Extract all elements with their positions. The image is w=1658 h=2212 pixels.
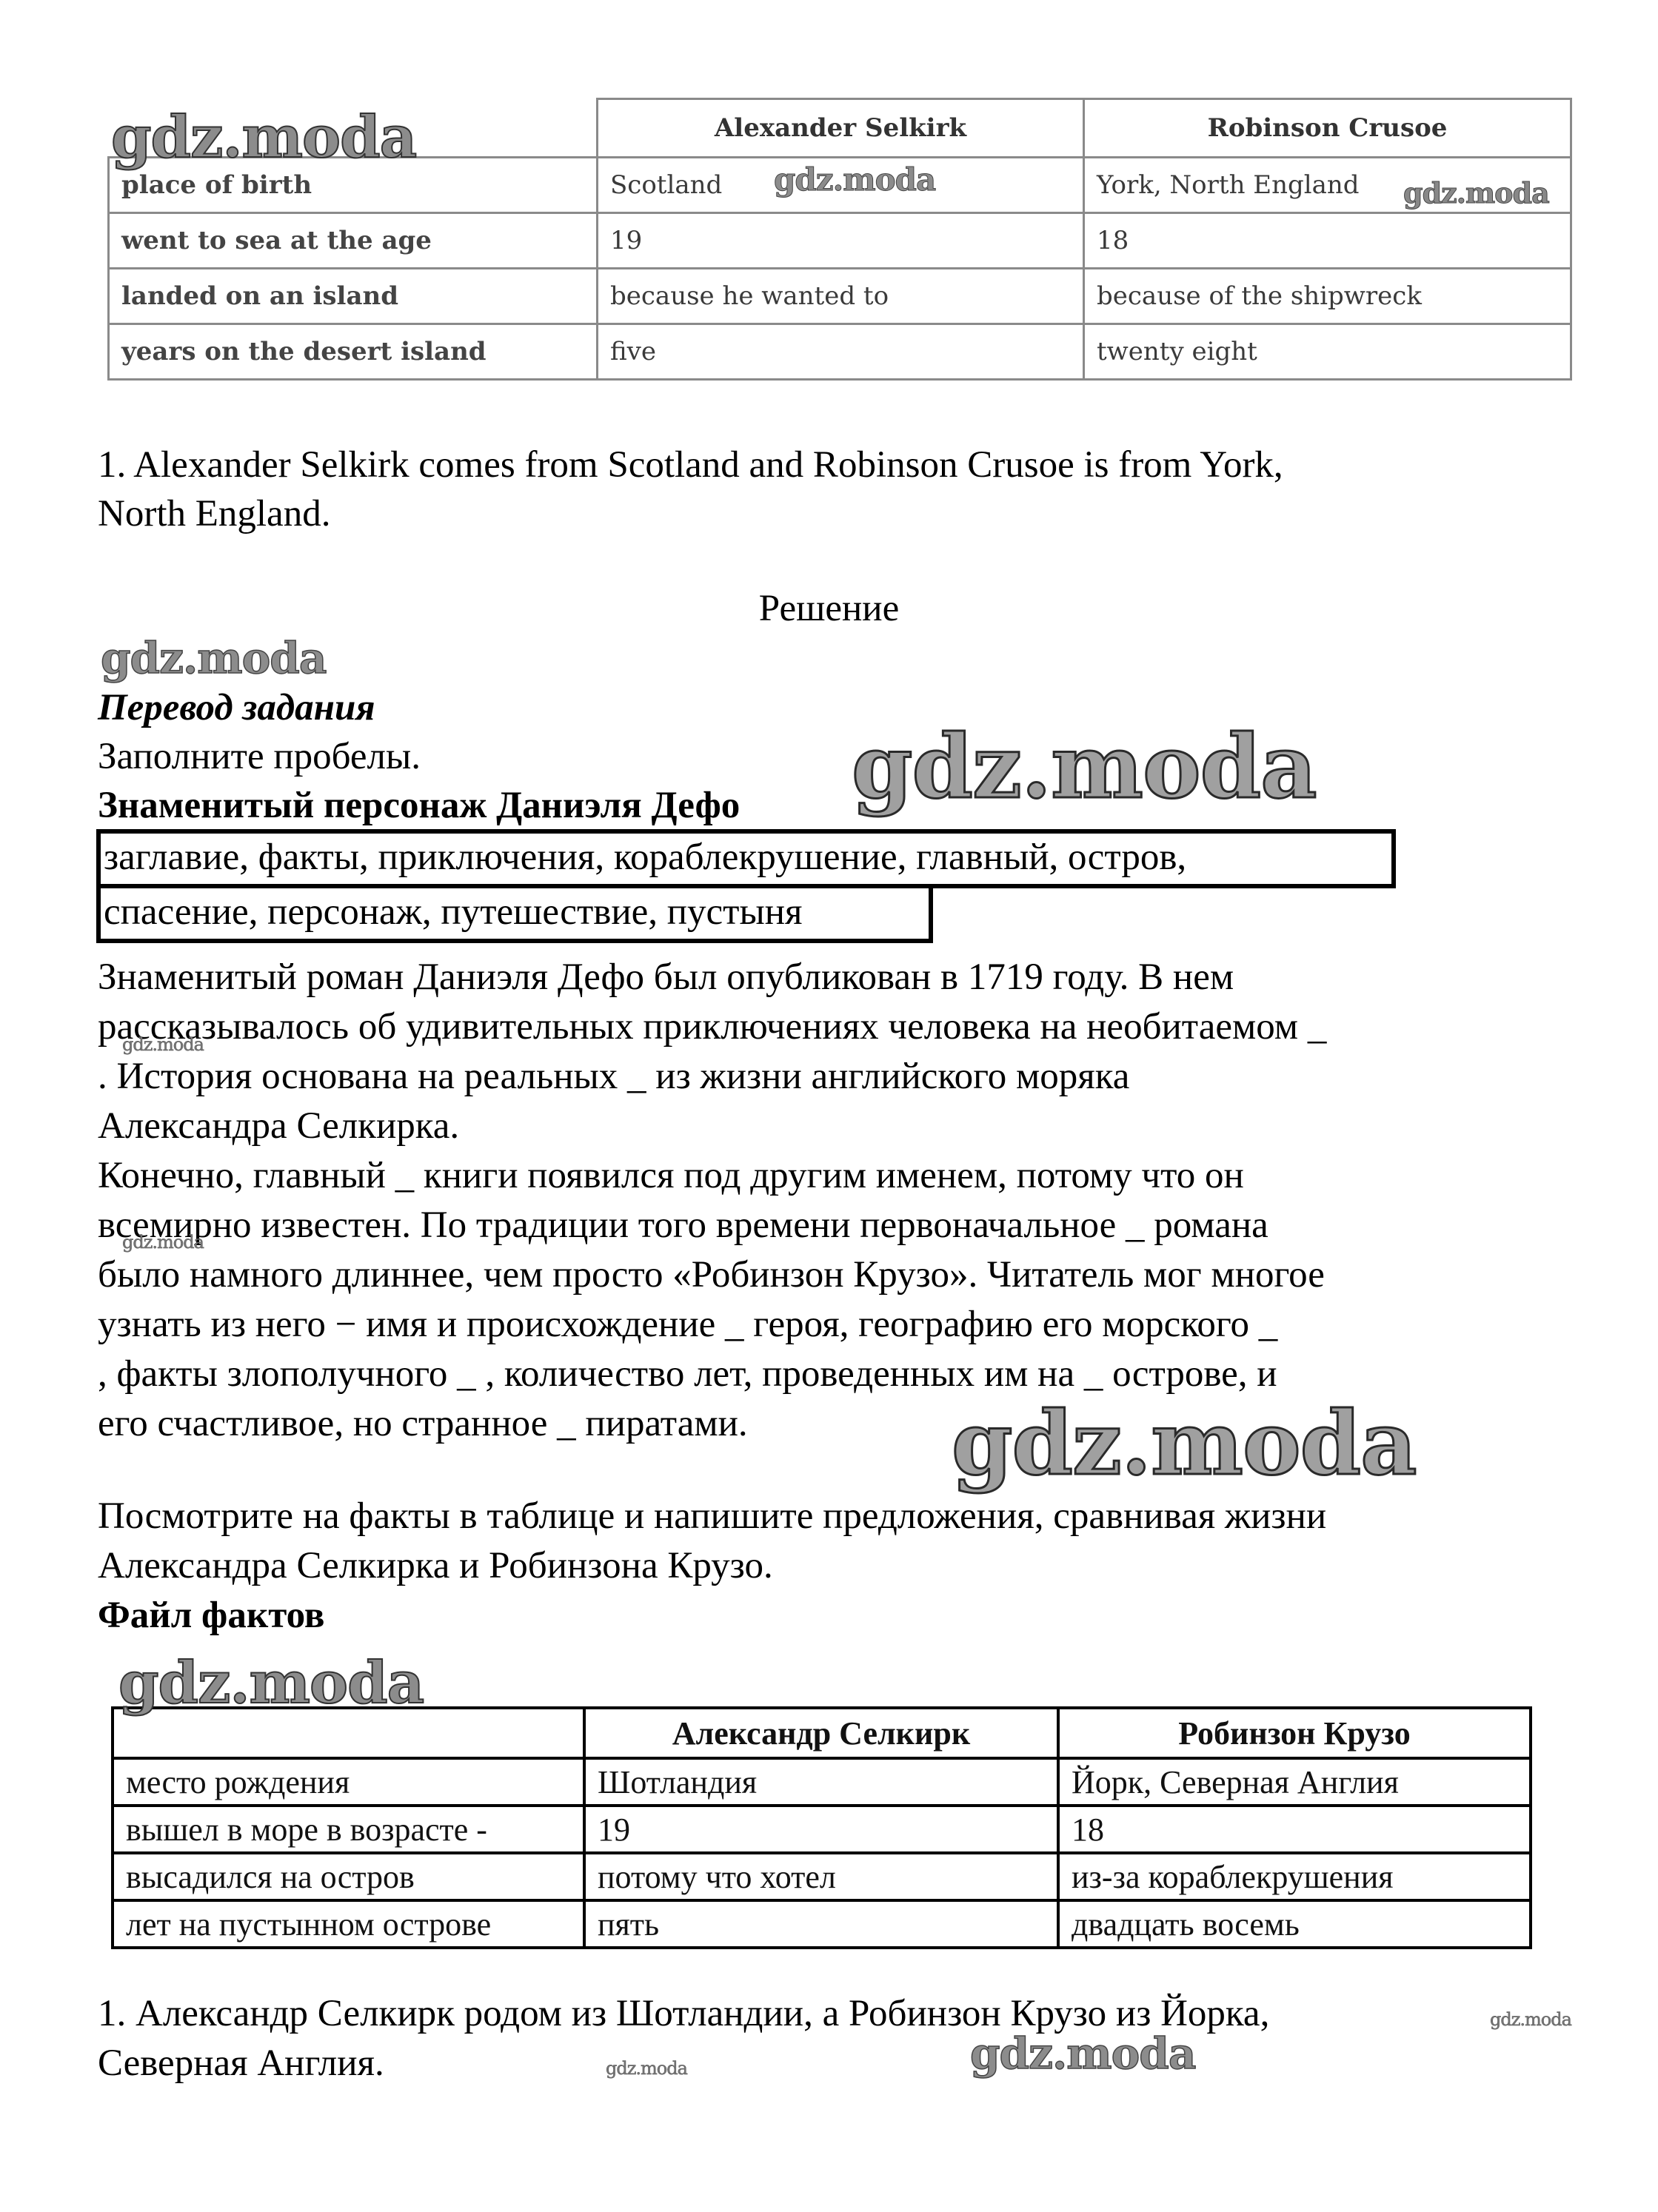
table-row: место рождения Шотландия Йорк, Северная … — [113, 1758, 1531, 1806]
table-row: лет на пустынном острове пять двадцать в… — [113, 1900, 1531, 1948]
watermark-logo: gdz.moda — [970, 2028, 1195, 2079]
watermark-logo: gdz.moda — [101, 633, 326, 683]
table-cell: двадцать восемь — [1058, 1900, 1531, 1948]
word-bank-box: спасение, персонаж, путешествие, пустыня — [96, 884, 933, 943]
facts-heading: Файл фактов — [98, 1593, 324, 1638]
story-title: Знаменитый персонаж Даниэля Дефо — [98, 783, 740, 828]
table-row: высадился на остров потому что хотел из-… — [113, 1853, 1531, 1900]
word-bank-line: заглавие, факты, приключения, кораблекру… — [104, 837, 1186, 878]
table-row: years on the desert island five twenty e… — [109, 324, 1571, 380]
story-text-line: , факты злополучного _ , количество лет,… — [98, 1352, 1277, 1396]
story-text-line: рассказывалось об удивительных приключен… — [98, 1005, 1326, 1049]
table-cell: because he wanted to — [598, 269, 1084, 324]
table-row-label: лет на пустынном острове — [113, 1900, 584, 1948]
table-cell: twenty eight — [1084, 324, 1571, 380]
table-cell: Scotland — [598, 158, 1084, 213]
russian-fact-table: Александр Селкирк Робинзон Крузо место р… — [111, 1706, 1532, 1949]
watermark-logo: gdz.moda — [606, 2058, 687, 2079]
story-text-line: Александра Селкирка. — [98, 1104, 459, 1148]
word-bank-box: заглавие, факты, приключения, кораблекру… — [96, 829, 1396, 888]
table-cell: 18 — [1084, 213, 1571, 269]
table-header-cell — [109, 99, 598, 158]
table-cell: five — [598, 324, 1084, 380]
table-cell: York, North England — [1084, 158, 1571, 213]
russian-answer-line: Северная Англия. — [98, 2041, 384, 2085]
watermark-logo: gdz.moda — [952, 1392, 1417, 1495]
table-row-label: landed on an island — [109, 269, 598, 324]
translation-heading: Перевод задания — [98, 686, 375, 730]
english-answer-line: North England. — [98, 492, 330, 536]
solution-heading: Решение — [0, 586, 1658, 631]
table-cell: 18 — [1058, 1806, 1531, 1853]
task-text-line: Александра Селкирка и Робинзона Крузо. — [98, 1544, 773, 1588]
table-row-label: years on the desert island — [109, 324, 598, 380]
table-row: place of birth Scotland York, North Engl… — [109, 158, 1571, 213]
table-cell: пять — [584, 1900, 1058, 1948]
table-cell: because of the shipwreck — [1084, 269, 1571, 324]
table-row: landed on an island because he wanted to… — [109, 269, 1571, 324]
table-cell: Йорк, Северная Англия — [1058, 1758, 1531, 1806]
table-cell: 19 — [598, 213, 1084, 269]
story-text-line: Знаменитый роман Даниэля Дефо был опубли… — [98, 955, 1234, 999]
english-fact-table: Alexander Selkirk Robinson Crusoe place … — [107, 98, 1572, 381]
word-bank-line: спасение, персонаж, путешествие, пустыня — [104, 891, 802, 933]
story-text-line: Конечно, главный _ книги появился под др… — [98, 1153, 1244, 1198]
table-row-label: высадился на остров — [113, 1853, 584, 1900]
english-answer-line: 1. Alexander Selkirk comes from Scotland… — [98, 443, 1283, 487]
story-text-line: было намного длиннее, чем просто «Робинз… — [98, 1253, 1325, 1297]
table-header-cell: Александр Селкирк — [584, 1708, 1058, 1758]
table-header-row: Александр Селкирк Робинзон Крузо — [113, 1708, 1531, 1758]
story-text-line: . История основана на реальных _ из жизн… — [98, 1054, 1129, 1099]
table-row-label: place of birth — [109, 158, 598, 213]
table-header-cell: Робинзон Крузо — [1058, 1708, 1531, 1758]
table-cell: 19 — [584, 1806, 1058, 1853]
table-header-row: Alexander Selkirk Robinson Crusoe — [109, 99, 1571, 158]
table-cell: Шотландия — [584, 1758, 1058, 1806]
table-cell: потому что хотел — [584, 1853, 1058, 1900]
table-header-cell: Robinson Crusoe — [1084, 99, 1571, 158]
story-text-line: всемирно известен. По традиции того врем… — [98, 1203, 1268, 1247]
table-row-label: место рождения — [113, 1758, 584, 1806]
watermark-logo: gdz.moda — [852, 715, 1317, 818]
story-text-line: его счастливое, но странное _ пиратами. — [98, 1401, 748, 1446]
table-row: вышел в море в возрасте - 19 18 — [113, 1806, 1531, 1853]
watermark-logo: gdz.moda — [1490, 2009, 1571, 2030]
table-row-label: went to sea at the age — [109, 213, 598, 269]
instruction-text: Заполните пробелы. — [98, 734, 421, 779]
table-cell: из-за кораблекрушения — [1058, 1853, 1531, 1900]
table-row: went to sea at the age 19 18 — [109, 213, 1571, 269]
task-text-line: Посмотрите на факты в таблице и напишите… — [98, 1494, 1326, 1538]
russian-answer-line: 1. Александр Селкирк родом из Шотландии,… — [98, 1991, 1269, 2036]
story-text-line: узнать из него − имя и происхождение _ г… — [98, 1302, 1277, 1347]
table-header-cell: Alexander Selkirk — [598, 99, 1084, 158]
table-row-label: вышел в море в возрасте - — [113, 1806, 584, 1853]
table-header-cell — [113, 1708, 584, 1758]
